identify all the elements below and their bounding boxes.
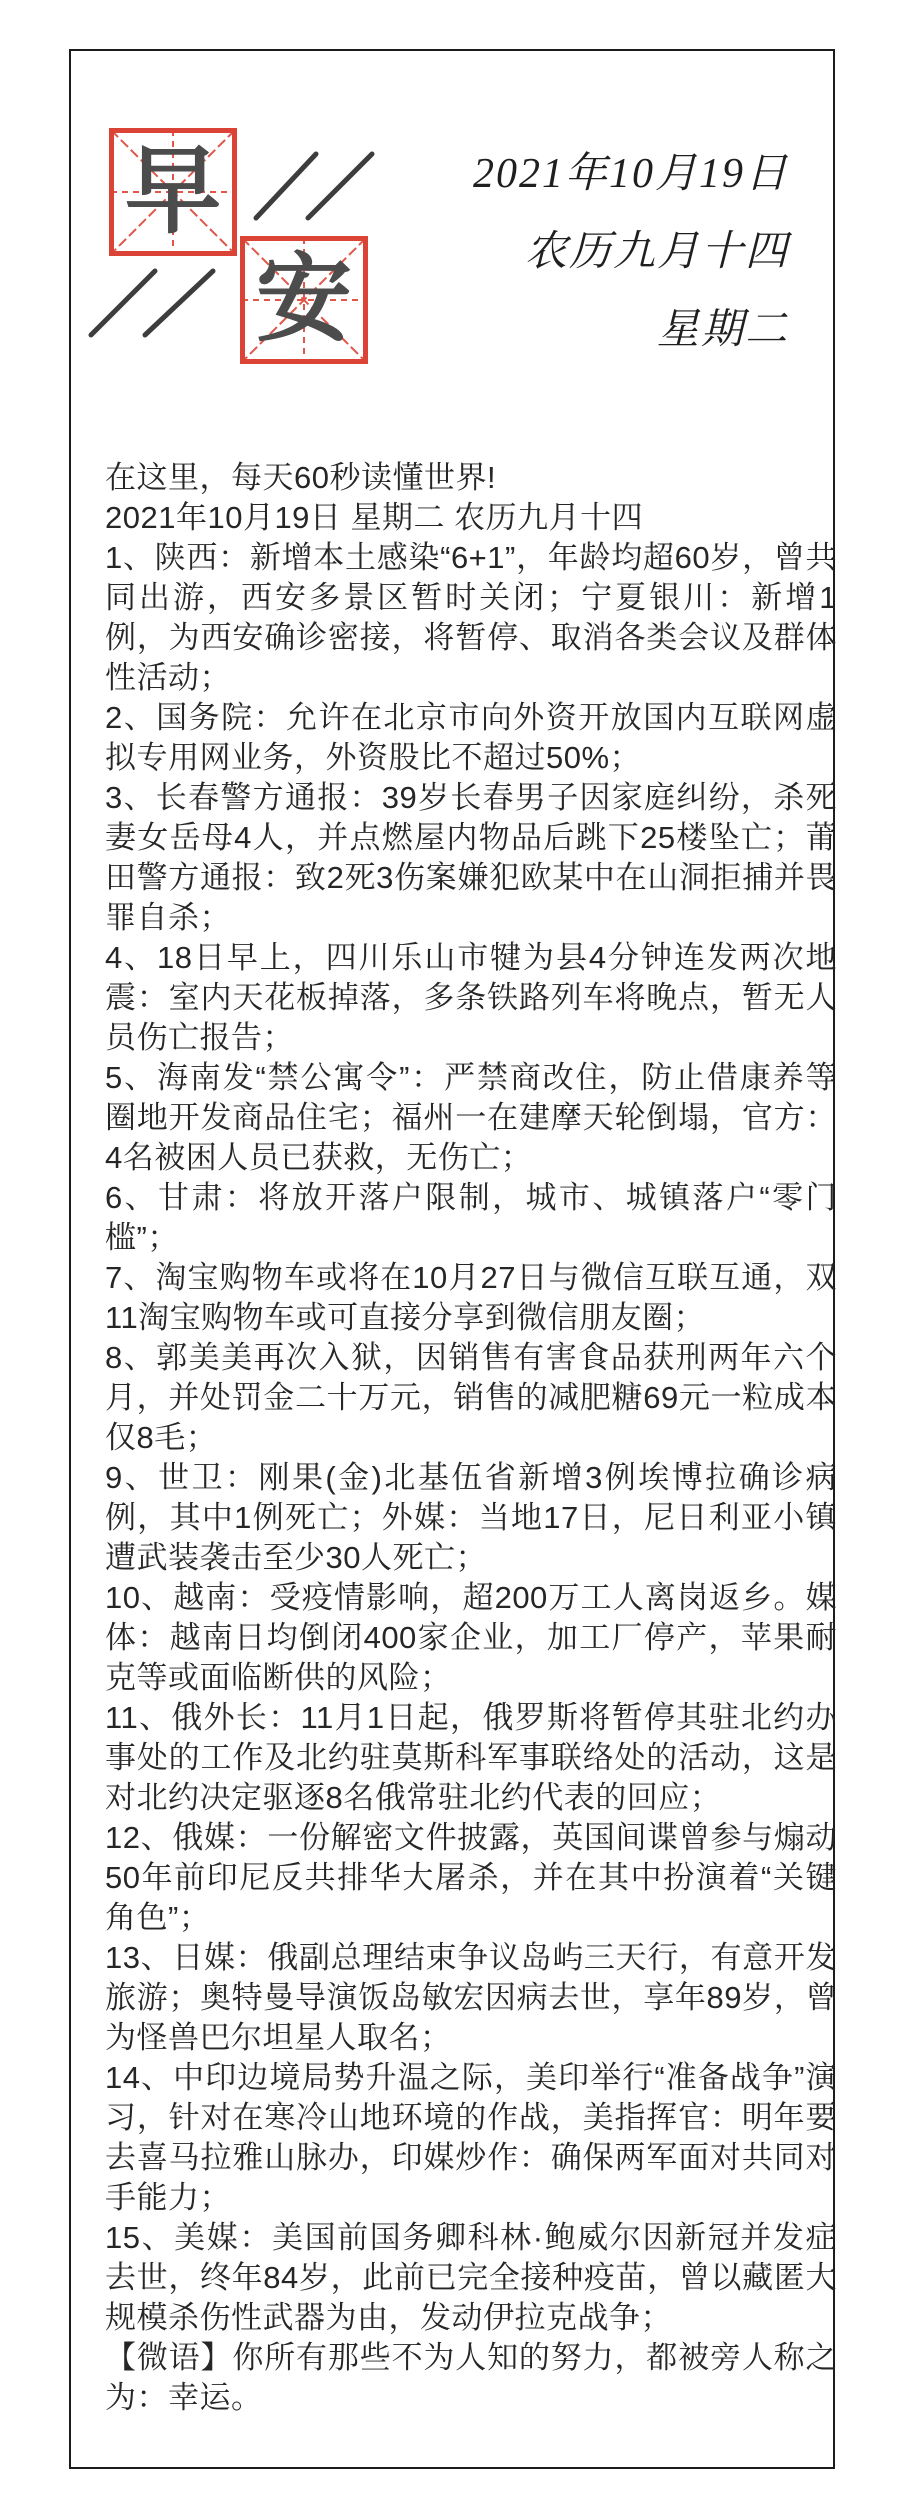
mizige-box-an: 安 — [240, 236, 368, 364]
news-item-2: 2、国务院：允许在北京市向外资开放国内互联网虚拟专用网业务，外资股比不超过50%… — [105, 698, 837, 778]
morning-news-card: 早 安 2021年10月19日 农历九月十四 星期 — [0, 0, 900, 2520]
intro-tagline: 在这里，每天60秒读懂世界! — [105, 458, 837, 498]
page-border-frame: 早 安 2021年10月19日 农历九月十四 星期 — [69, 49, 835, 2469]
news-item-9: 9、世卫：刚果(金)北基伍省新增3例埃博拉确诊病例，其中1例死亡；外媒：当地17… — [105, 1458, 837, 1578]
date-lunar: 农历九月十四 — [473, 213, 789, 291]
double-slash-icon-bottom — [87, 267, 227, 339]
news-item-12: 12、俄媒：一份解密文件披露，英国间谍曾参与煽动50年前印尼反共排华大屠杀，并在… — [105, 1818, 837, 1938]
news-item-7: 7、淘宝购物车或将在10月27日与微信互联互通，双11淘宝购物车或可直接分享到微… — [105, 1258, 837, 1338]
news-item-15: 15、美媒：美国前国务卿科林·鲍威尔因新冠并发症去世，终年84岁，此前已完全接种… — [105, 2218, 837, 2338]
date-weekday: 星期二 — [473, 291, 789, 369]
date-block: 2021年10月19日 农历九月十四 星期二 — [473, 135, 789, 369]
news-item-14: 14、中印边境局势升温之际，美印举行“准备战争”演习，针对在寒冷山地环境的作战，… — [105, 2058, 837, 2218]
news-item-1: 1、陕西：新增本土感染“6+1”，年龄均超60岁，曾共同出游，西安多景区暂时关闭… — [105, 538, 837, 698]
brand-char-zao: 早 — [109, 128, 237, 256]
news-item-13: 13、日媒：俄副总理结束争议岛屿三天行，有意开发旅游；奥特曼导演饭岛敏宏因病去世… — [105, 1938, 837, 2058]
news-item-5: 5、海南发“禁公寓令”：严禁商改住，防止借康养等圈地开发商品住宅；福州一在建摩天… — [105, 1058, 837, 1178]
news-item-10: 10、越南：受疫情影响，超200万工人离岗返乡。媒体：越南日均倒闭400家企业，… — [105, 1578, 837, 1698]
news-body: 在这里，每天60秒读懂世界! 2021年10月19日 星期二 农历九月十四 1、… — [105, 458, 837, 2418]
news-item-8: 8、郭美美再次入狱，因销售有害食品获刑两年六个月，并处罚金二十万元，销售的减肥糖… — [105, 1338, 837, 1458]
news-item-6: 6、甘肃：将放开落户限制，城市、城镇落户“零门槛”； — [105, 1178, 837, 1258]
news-item-4: 4、18日早上，四川乐山市犍为县4分钟连发两次地震：室内天花板掉落，多条铁路列车… — [105, 938, 837, 1058]
weiyu-quote: 【微语】你所有那些不为人知的努力，都被旁人称之为：幸运。 — [105, 2338, 837, 2418]
news-item-3: 3、长春警方通报：39岁长春男子因家庭纠纷，杀死妻女岳母4人，并点燃屋内物品后跳… — [105, 778, 837, 938]
news-item-11: 11、俄外长：11月1日起，俄罗斯将暂停其驻北约办事处的工作及北约驻莫斯科军事联… — [105, 1698, 837, 1818]
mizige-box-zao: 早 — [109, 128, 237, 256]
double-slash-icon-top — [252, 150, 377, 222]
brand-char-an: 安 — [240, 236, 368, 364]
intro-dateline: 2021年10月19日 星期二 农历九月十四 — [105, 498, 837, 538]
date-gregorian: 2021年10月19日 — [473, 135, 789, 213]
